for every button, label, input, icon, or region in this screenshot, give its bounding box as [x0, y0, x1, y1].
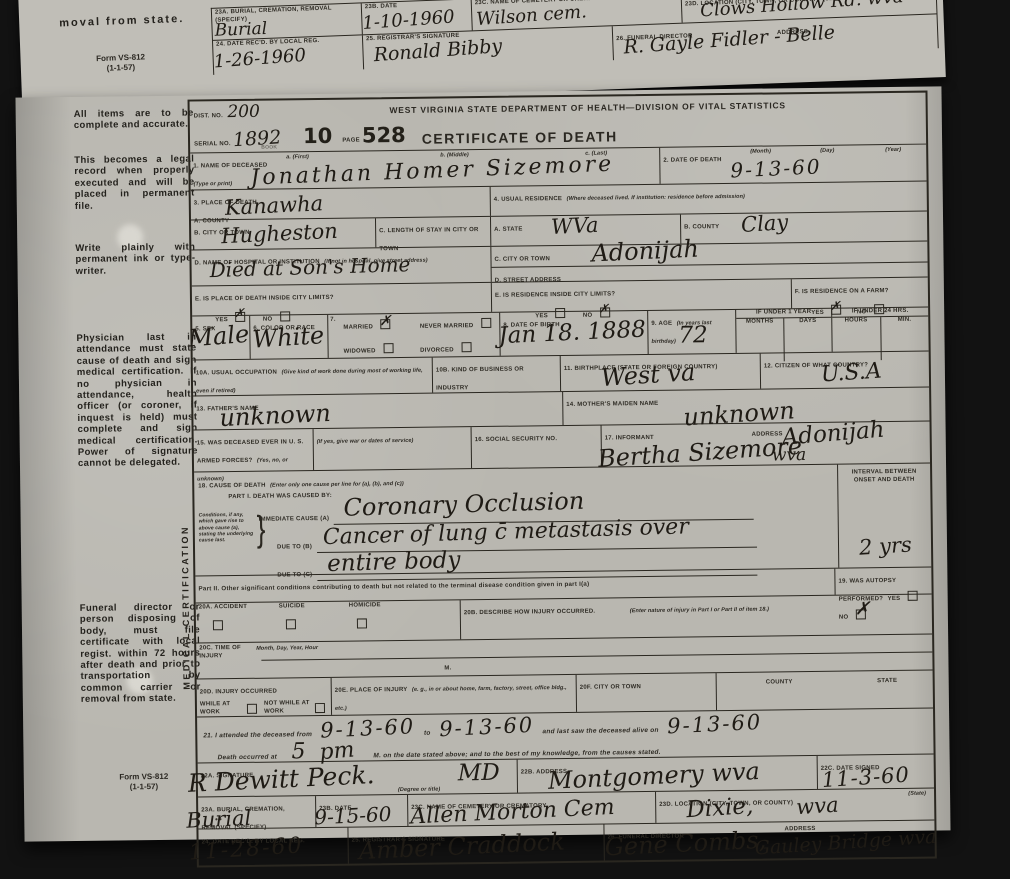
serial-number-value: 1892: [232, 128, 281, 150]
month-label: (Month): [750, 148, 771, 154]
citizen-value: U.S.A: [820, 361, 882, 387]
medical-certification-vertical-label: MEDICAL CERTIFICATION: [179, 440, 192, 690]
fathers-name-value: unknown: [219, 401, 331, 430]
married-checkbox: ✗: [380, 319, 390, 329]
attended-to-label: to: [424, 730, 431, 737]
death-certificate-form: MEDICAL CERTIFICATION Dist. No. 200 WEST…: [188, 91, 937, 868]
registration-row: 24. Date Rec'd. By Local Reg. 11-28-60 2…: [198, 821, 934, 866]
marital-number: 7.: [330, 317, 336, 325]
widowed-label: Widowed: [344, 348, 376, 354]
immediate-cause-label: Immediate Cause (a): [259, 516, 330, 523]
sex-value: Male: [188, 322, 251, 351]
date-received-value: 11-28-60: [188, 835, 304, 864]
homicide-checkbox: [357, 618, 367, 628]
margin-note-1: All items are to be complete and accurat…: [74, 108, 194, 132]
residence-county-value: Clay: [740, 212, 788, 236]
social-security-label: 16. Social Security No.: [475, 436, 558, 443]
attended-to-value: 9-13-60: [439, 715, 535, 740]
not-while-at-work-checkbox: [315, 703, 325, 713]
residence-state-value: WVa: [551, 215, 599, 238]
injury-city-label: 20f. City or Town: [580, 684, 641, 691]
armed-forces-sub2: (If yes, give war or dates of service): [317, 438, 414, 445]
time-of-injury-sub: Month, Day, Year, Hour: [256, 645, 318, 652]
prev-date-value: 1-10-1960: [362, 8, 455, 33]
form-header: Dist. No. 200 WEST VIRGINIA STATE DEPART…: [190, 93, 927, 154]
informant-label: 17. Informant: [605, 435, 654, 442]
accident-checkbox: [213, 620, 223, 630]
residence-state-label: a. State: [494, 226, 523, 232]
never-married-label: Never Married: [420, 323, 474, 330]
homicide-label: Homicide: [349, 602, 381, 610]
hospital-value: Died at Son's Home: [209, 254, 410, 280]
immediate-cause-value: Coronary Occlusion: [343, 488, 584, 519]
form-revision: (1-1-57): [130, 782, 159, 791]
department-line: WEST VIRGINIA STATE DEPARTMENT OF HEALTH…: [286, 99, 890, 116]
residence-inside-limits-label: e. Is Residence Inside City Limits?: [495, 291, 615, 298]
form-number: Form VS-812: [119, 772, 168, 782]
district-number-value: 200: [227, 104, 260, 121]
cause-of-death-sub: (Enter only one cause per line for (a), …: [270, 481, 404, 489]
residence-city-value: Adonijah: [591, 236, 699, 265]
burial-location-state-value: wva: [796, 795, 840, 819]
conditions-brace: }: [257, 507, 266, 551]
business-industry-label: 10b. Kind of Business or Industry: [436, 366, 524, 391]
residence-city-label: c. City or Town: [494, 256, 550, 263]
suicide-label: Suicide: [279, 603, 349, 612]
first-name-label: a. (First): [286, 154, 309, 160]
age-value: 72: [678, 324, 708, 347]
divorced-label: Divorced: [420, 347, 454, 353]
cause-of-death-label: 18. Cause of Death: [198, 483, 265, 490]
certificate-of-death: ‥ All items are to be complete and accur…: [15, 86, 950, 841]
place-of-injury-label: 20e. Place of Injury: [335, 687, 408, 694]
death-inside-limits-label: e. Is Place of Death Inside City Limits?: [195, 295, 334, 303]
informant-address-state: wva: [772, 447, 807, 464]
degree-label: (Degree or title): [398, 787, 440, 794]
usual-occupation-label: 10a. Usual Occupation: [196, 370, 277, 377]
suicide-checkbox: [286, 619, 296, 629]
page-label: PAGE: [342, 138, 360, 146]
county-of-death-value: Kanawha: [224, 193, 323, 219]
name-type-or-print: (Type or print): [194, 181, 233, 187]
accident-label: 20a. Accident: [199, 604, 279, 613]
day-label: (Day): [820, 148, 834, 154]
death-occurred-label: Death occurred at: [218, 754, 278, 762]
last-saw-alive-label: and last saw the deceased alive on: [542, 727, 658, 735]
prev-cemetery-value: Wilson cem.: [476, 3, 588, 29]
part2-label: Part II. Other significant conditions co…: [198, 581, 589, 593]
physician-address-value: Montgomery wva: [547, 759, 760, 793]
cemetery-value: Allen Morton Cem: [410, 797, 615, 829]
cause-of-death-section: 18. Cause of Death (Enter only one cause…: [194, 464, 931, 577]
interval-label: Interval Between Onset and Death: [841, 469, 927, 486]
funeral-director-address-value: Gauley Bridge wva: [754, 828, 937, 859]
attended-from-label: 21. I attended the deceased from: [203, 731, 312, 739]
due-to-b-label: DUE TO (b): [277, 544, 312, 550]
injury-county-label: County: [720, 679, 839, 688]
while-at-work-label: While At Work: [200, 701, 245, 717]
burial-value: Burial: [186, 808, 252, 832]
residence-on-farm-label: f. Is Residence On a Farm?: [795, 288, 889, 295]
married-label: Married: [343, 324, 373, 330]
form-revision: (1-1-57): [107, 62, 136, 72]
injury-occurred-label: 20d. Injury Occurred: [200, 689, 277, 696]
scanned-death-certificate: moval from state. Form VS-812 (1-1-57) C…: [0, 0, 1010, 879]
last-saw-alive-value: 9-13-60: [667, 712, 763, 737]
serial-number-label: Serial No.: [194, 141, 231, 149]
date-signed-value: 11-3-60: [821, 765, 910, 792]
district-number-label: Dist. No.: [194, 113, 223, 119]
while-at-work-checkbox: [247, 704, 257, 714]
date-of-death-value: 9-13-60: [730, 156, 822, 180]
time-of-injury-label: 20c. Time of Injury: [199, 645, 245, 661]
birthplace-value: West va: [600, 360, 696, 390]
margin-note-3: Write plainly with permanent ink or type…: [75, 241, 195, 277]
age-label: 9. Age: [651, 321, 672, 327]
prev-director-value: R. Gayle Fidler - Belle: [623, 23, 836, 57]
describe-injury-label: 20b. Describe How Injury Occurred.: [464, 609, 596, 617]
prev-burial-value: Burial: [214, 21, 267, 40]
color-or-race-value: White: [252, 323, 325, 352]
funeral-director-value: Gene Combs,: [604, 828, 766, 860]
form-number: Form VS-812: [96, 52, 145, 63]
burial-date-value: 9-15-60: [314, 804, 392, 828]
death-hour-value: 5: [291, 741, 305, 763]
margin-note-2: This becomes a legal record when properl…: [74, 154, 195, 212]
describe-injury-sub: (Enter nature of injury in Part I or Par…: [630, 607, 769, 615]
prev-received-value: 1-26-1960: [213, 47, 306, 72]
page-number-stamp: 528: [362, 123, 406, 148]
not-while-at-work-label: Not While At Work: [264, 700, 312, 716]
registrar-signature-value: Amber Craddock: [358, 829, 565, 863]
date-of-death-label: 2. Date of Death: [663, 157, 722, 164]
usual-residence-sub: (Where deceased lived. If institution: r…: [567, 194, 745, 202]
attended-from-value: 9-13-60: [320, 716, 416, 741]
burial-location-value: Dixie,: [686, 795, 754, 822]
mothers-maiden-name-value: unknown: [683, 398, 796, 429]
signature-value: R Dewitt Peck.: [187, 762, 375, 796]
injury-state-label: State: [845, 678, 930, 687]
date-of-birth-value: Jan 18. 1888: [498, 318, 646, 348]
interval-value: 2 yrs: [858, 534, 912, 558]
widowed-checkbox: [383, 343, 393, 353]
city-of-death-value: Hugheston: [221, 221, 338, 247]
mothers-maiden-name-label: 14. Mother's Maiden Name: [566, 401, 658, 408]
burial-location-state-label: (State): [908, 791, 926, 797]
usual-residence-label: 4. Usual Residence: [494, 196, 562, 203]
certificate-title: CERTIFICATE OF DEATH: [422, 128, 618, 146]
degree-value: MD: [458, 762, 500, 786]
book-number-stamp: 10: [303, 124, 333, 148]
conditions-note: Conditions, if any, which gave rise to a…: [199, 512, 257, 544]
never-married-checkbox: [481, 318, 491, 328]
time-m-label: M.: [444, 666, 451, 674]
residence-county-label: b. County: [684, 224, 719, 230]
due-to-c-value: entire body: [326, 549, 460, 576]
margin-note-fragment: moval from state.: [59, 13, 189, 31]
divorced-checkbox: [461, 342, 471, 352]
year-label: (Year): [885, 147, 901, 153]
